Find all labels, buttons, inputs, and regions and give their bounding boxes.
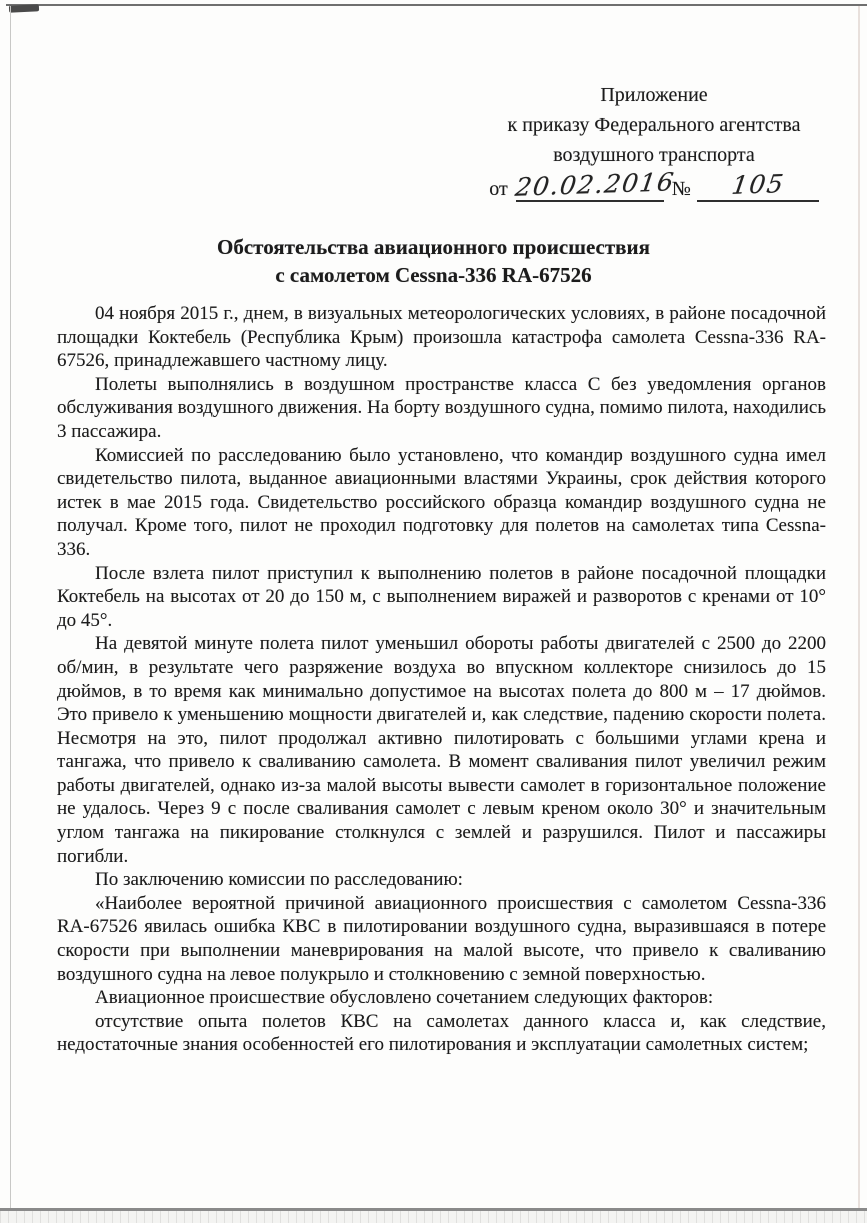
handwritten-date: 20.02.2016 xyxy=(514,170,676,200)
body-paragraph: Полеты выполнялись в воздушном пространс… xyxy=(57,373,826,444)
number-blank-line: 105 xyxy=(697,173,819,202)
body-paragraph: На девятой минуте полета пилот уменьшил … xyxy=(57,632,826,868)
scan-edge-left xyxy=(10,6,11,1209)
scan-edge-top xyxy=(6,4,867,6)
header-line-2: к приказу Федерального агентства xyxy=(493,110,815,140)
document-title: Обстоятельства авиационного происшествия… xyxy=(0,233,867,289)
body-paragraph: «Наиболее вероятной причиной авиационног… xyxy=(57,892,826,986)
header-line-3: воздушного транспорта xyxy=(493,140,815,170)
appendix-header: Приложение к приказу Федерального агентс… xyxy=(493,80,815,202)
body-paragraph: 04 ноября 2015 г., днем, в визуальных ме… xyxy=(57,302,826,373)
order-date-number-line: от 20.02.2016 № 105 xyxy=(493,173,815,202)
body-paragraph: После взлета пилот приступил к выполнени… xyxy=(57,562,826,633)
header-line-1: Приложение xyxy=(493,80,815,110)
body-paragraph: По заключению комиссии по расследованию: xyxy=(57,868,826,892)
body-paragraph: Авиационное происшествие обусловлено соч… xyxy=(57,986,826,1010)
document-body: 04 ноября 2015 г., днем, в визуальных ме… xyxy=(57,302,826,1057)
title-line-2: с самолетом Cessna-336 RA-67526 xyxy=(0,261,867,289)
handwritten-number: 105 xyxy=(730,172,786,198)
from-label: от xyxy=(489,176,515,202)
scan-edge-bottom-texture xyxy=(0,1211,867,1223)
body-paragraph: Комиссией по расследованию было установл… xyxy=(57,444,826,562)
body-paragraph: отсутствие опыта полетов КВС на самолета… xyxy=(57,1010,826,1057)
scan-artifact xyxy=(9,4,39,13)
scanned-document-page: Приложение к приказу Федерального агентс… xyxy=(0,0,867,1223)
title-line-1: Обстоятельства авиационного происшествия xyxy=(0,233,867,261)
date-blank-line: 20.02.2016 xyxy=(516,173,664,202)
scan-edge-right xyxy=(858,6,860,1209)
